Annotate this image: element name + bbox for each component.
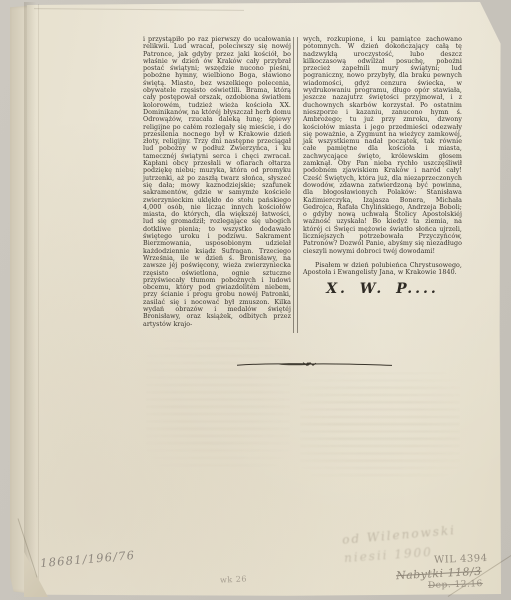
column-divider-rule xyxy=(293,37,294,333)
crossed-out-annotation-2: Dep. 12.16 xyxy=(428,579,483,591)
vertical-crease xyxy=(38,4,39,596)
author-signature: X. W. P.... xyxy=(303,286,462,293)
left-column-text: i przystąpiło po raz pierwszy do ucałowa… xyxy=(143,36,291,328)
divider-flourish xyxy=(237,360,392,370)
scan-background: i przystąpiło po raz pierwszy do ucałowa… xyxy=(0,0,511,600)
column-divider-rule xyxy=(297,37,298,333)
section-divider-ornament xyxy=(237,355,392,365)
right-column: wych, rozkupione, i ku pamiątce zachowan… xyxy=(303,36,462,293)
right-column-body: wych, rozkupione, i ku pamiątce zachowan… xyxy=(303,36,462,255)
dateline-paragraph: Pisałem w dzień polubieńca Chrystusowego… xyxy=(303,262,462,277)
bottom-center-pencil-note: wk 26 xyxy=(220,574,247,584)
left-fold-shadow xyxy=(24,2,36,597)
